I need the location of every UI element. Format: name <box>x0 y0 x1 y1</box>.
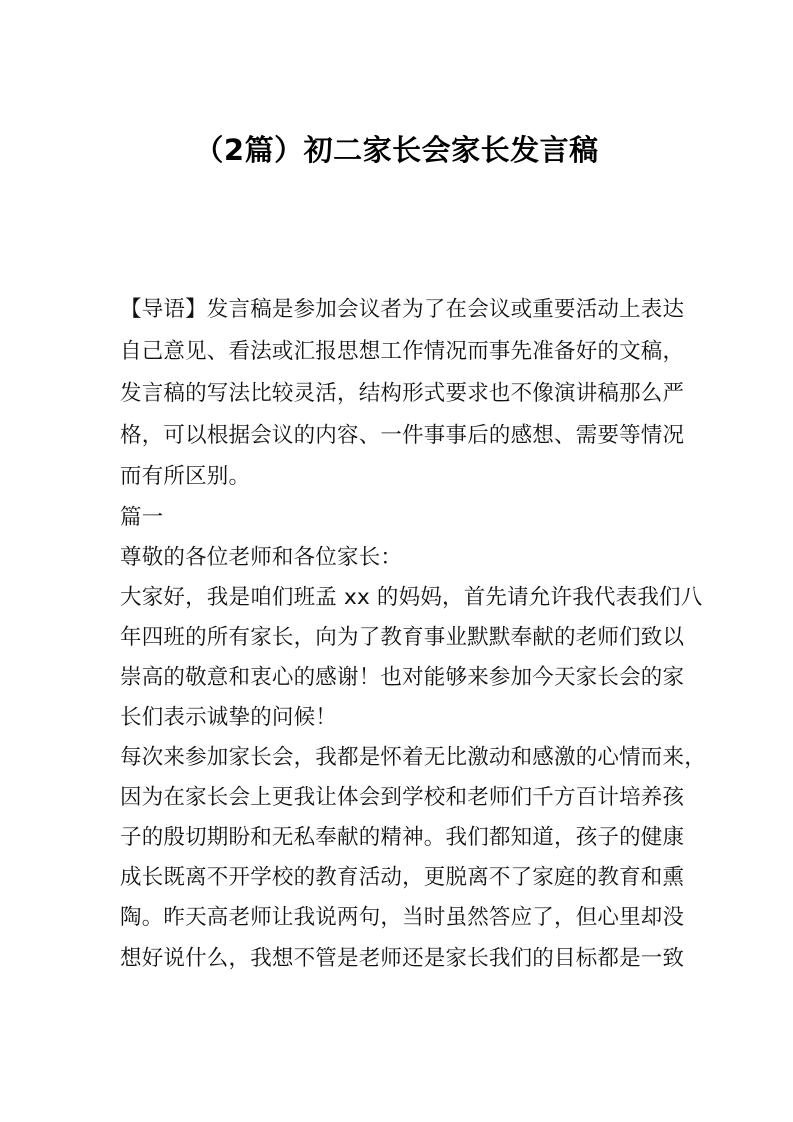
body-line-9: 陶。昨天高老师让我说两句，当时虽然答应了，但心里却没 <box>120 905 684 931</box>
body-line-7: 子的殷切期盼和无私奉献的精神。我们都知道，孩子的健康 <box>120 825 684 851</box>
document-title: （2篇）初二家长会家长发言稿 <box>0 128 793 169</box>
body-line-10: 想好说什么，我想不管是老师还是家长我们的目标都是一致 <box>120 946 684 972</box>
intro-line-1: 【导语】发言稿是参加会议者为了在会议或重要活动上表达 <box>120 297 684 323</box>
body-line-3: 崇高的敬意和衷心的感谢！也对能够来参加今天家长会的家 <box>120 665 684 691</box>
intro-line-2: 自己意见、看法或汇报思想工作情况而事先准备好的文稿， <box>120 339 684 365</box>
body-line-1: 大家好，我是咱们班孟 xx 的妈妈，首先请允许我代表我们八 <box>120 585 702 611</box>
salutation: 尊敬的各位老师和各位家长： <box>120 545 402 571</box>
intro-line-3: 发言稿的写法比较灵活，结构形式要求也不像演讲稿那么严 <box>120 381 684 407</box>
body-line-5: 每次来参加家长会，我都是怀着无比激动和感激的心情而来， <box>120 745 706 771</box>
body-line-2: 年四班的所有家长，向为了教育事业默默奉献的老师们致以 <box>120 625 684 651</box>
section-heading: 篇一 <box>120 505 163 531</box>
intro-line-4: 格，可以根据会议的内容、一件事事后的感想、需要等情况 <box>120 423 684 449</box>
body-line-8: 成长既离不开学校的教育活动，更脱离不了家庭的教育和熏 <box>120 865 684 891</box>
intro-line-5: 而有所区别。 <box>120 464 250 490</box>
body-line-6: 因为在家长会上更我让体会到学校和老师们千方百计培养孩 <box>120 785 684 811</box>
document-page: （2篇）初二家长会家长发言稿 【导语】发言稿是参加会议者为了在会议或重要活动上表… <box>0 0 793 1122</box>
body-line-4: 长们表示诚挚的问候！ <box>120 705 337 731</box>
